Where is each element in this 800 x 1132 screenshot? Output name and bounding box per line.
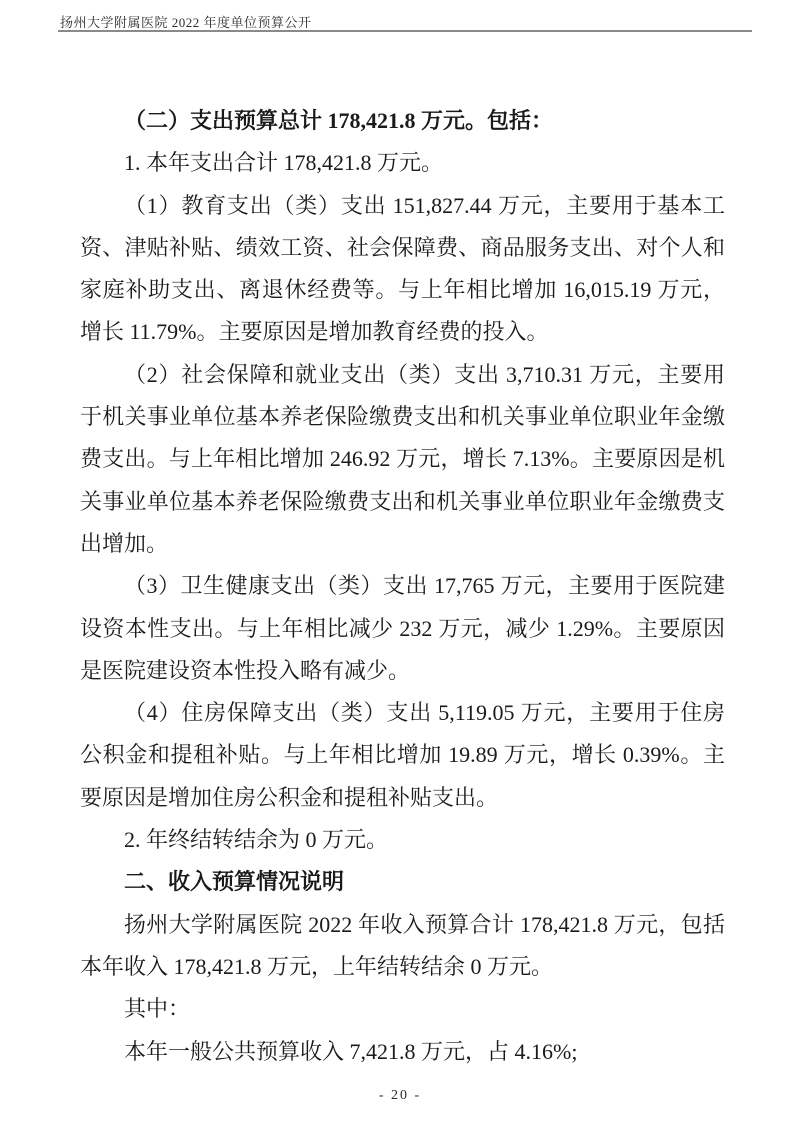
heading-income-budget-explanation: 二、收入预算情况说明	[80, 861, 725, 903]
document-page: 扬州大学附属医院 2022 年度单位预算公开 （二）支出预算总计 178,421…	[0, 0, 800, 1132]
para-among-which: 其中：	[80, 988, 725, 1030]
heading-expense-budget-total: （二）支出预算总计 178,421.8 万元。包括：	[80, 100, 725, 142]
para-social-security-expense: （2）社会保障和就业支出（类）支出 3,710.31 万元，主要用于机关事业单位…	[80, 354, 725, 565]
header-rule	[58, 30, 752, 32]
para-housing-expense: （4）住房保障支出（类）支出 5,119.05 万元，主要用于住房公积金和提租补…	[80, 692, 725, 819]
para-education-expense: （1）教育支出（类）支出 151,827.44 万元，主要用于基本工资、津贴补贴…	[80, 185, 725, 354]
page-number: - 20 -	[379, 1088, 421, 1103]
para-year-end-carryover: 2. 年终结转结余为 0 万元。	[80, 819, 725, 861]
document-body: （二）支出预算总计 178,421.8 万元。包括： 1. 本年支出合计 178…	[80, 100, 725, 1073]
para-income-budget-total: 扬州大学附属医院 2022 年收入预算合计 178,421.8 万元，包括本年收…	[80, 904, 725, 989]
para-health-expense: （3）卫生健康支出（类）支出 17,765 万元，主要用于医院建设资本性支出。与…	[80, 565, 725, 692]
para-annual-expense-total: 1. 本年支出合计 178,421.8 万元。	[80, 142, 725, 184]
para-public-budget-income: 本年一般公共预算收入 7,421.8 万元，占 4.16%;	[80, 1031, 725, 1073]
header-title: 扬州大学附属医院 2022 年度单位预算公开	[60, 12, 312, 31]
page-footer: - 20 -	[0, 1088, 800, 1104]
